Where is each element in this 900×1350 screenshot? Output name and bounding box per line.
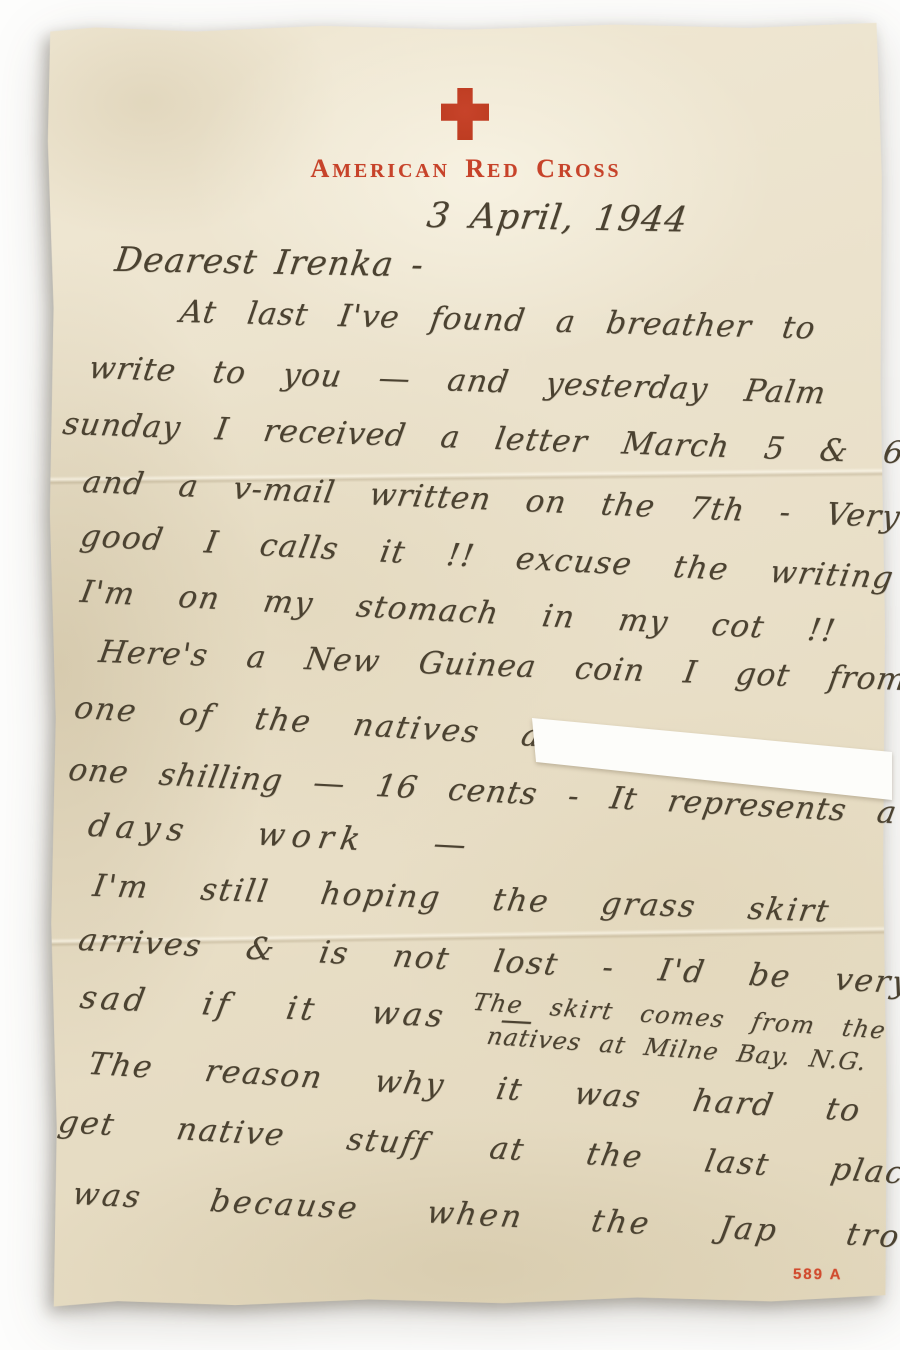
photo-background: { "letterhead": { "title": "AMERICAN RED…: [0, 0, 900, 1350]
letter-date: 3 April, 1944: [424, 196, 690, 240]
censor-patch: [520, 704, 892, 804]
salutation-line: Dearest Irenka -: [112, 240, 426, 285]
form-number-stamp: 589 A: [793, 1266, 843, 1283]
letterhead-title: AMERICAN RED CROSS: [233, 154, 699, 184]
censor-patch-wrapper: [520, 704, 892, 804]
